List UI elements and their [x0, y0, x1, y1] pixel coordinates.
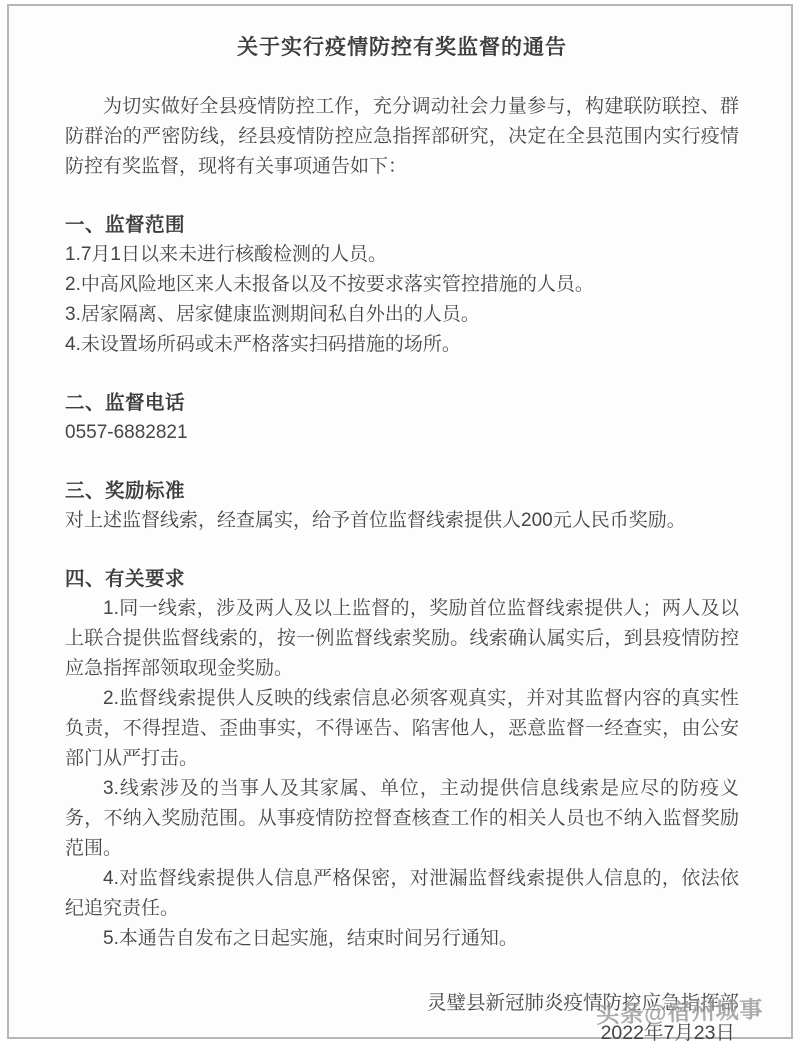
- notice-page: 关于实行疫情防控有奖监督的通告 为切实做好全县疫情防控工作，充分调动社会力量参与…: [7, 4, 793, 1039]
- notice-item: 1.7月1日以来未进行核酸检测的人员。: [65, 240, 739, 270]
- section-heading: 三、奖励标准: [65, 476, 739, 506]
- intro-paragraph: 为切实做好全县疫情防控工作，充分调动社会力量参与，构建联防联控、群防群治的严密防…: [65, 92, 739, 182]
- issue-date: 2022年7月23日: [65, 1018, 739, 1044]
- section-heading: 二、监督电话: [65, 388, 739, 418]
- section-supervision-scope: 一、监督范围 1.7月1日以来未进行核酸检测的人员。 2.中高风险地区来人未报备…: [65, 210, 739, 360]
- notice-item: 2.中高风险地区来人未报备以及不按要求落实管控措施的人员。: [65, 270, 739, 300]
- signature-block: 灵璧县新冠肺炎疫情防控应急指挥部 2022年7月23日: [65, 988, 739, 1044]
- section-hotline: 二、监督电话 0557-6882821: [65, 388, 739, 448]
- notice-item: 1.同一线索，涉及两人及以上监督的，奖励首位监督线索提供人；两人及以上联合提供监…: [65, 594, 739, 684]
- section-reward-standard: 三、奖励标准 对上述监督线索，经查属实，给予首位监督线索提供人200元人民币奖励…: [65, 476, 739, 536]
- notice-item: 对上述监督线索，经查属实，给予首位监督线索提供人200元人民币奖励。: [65, 506, 739, 536]
- notice-item: 3.居家隔离、居家健康监测期间私自外出的人员。: [65, 300, 739, 330]
- notice-item: 3.线索涉及的当事人及其家属、单位，主动提供信息线索是应尽的防疫义务，不纳入奖励…: [65, 774, 739, 864]
- section-heading: 四、有关要求: [65, 564, 739, 594]
- hotline-number: 0557-6882821: [65, 418, 739, 448]
- notice-item: 5.本通告自发布之日起实施，结束时间另行通知。: [65, 924, 739, 954]
- page-title: 关于实行疫情防控有奖监督的通告: [65, 34, 739, 62]
- section-heading: 一、监督范围: [65, 210, 739, 240]
- notice-item: 2.监督线索提供人反映的线索信息必须客观真实，并对其监督内容的真实性负责，不得捏…: [65, 684, 739, 774]
- notice-item: 4.未设置场所码或未严格落实扫码措施的场所。: [65, 330, 739, 360]
- section-requirements: 四、有关要求 1.同一线索，涉及两人及以上监督的，奖励首位监督线索提供人；两人及…: [65, 564, 739, 954]
- notice-item: 4.对监督线索提供人信息严格保密，对泄漏监督线索提供人信息的，依法依纪追究责任。: [65, 864, 739, 924]
- issuer-signature: 灵璧县新冠肺炎疫情防控应急指挥部: [65, 988, 739, 1018]
